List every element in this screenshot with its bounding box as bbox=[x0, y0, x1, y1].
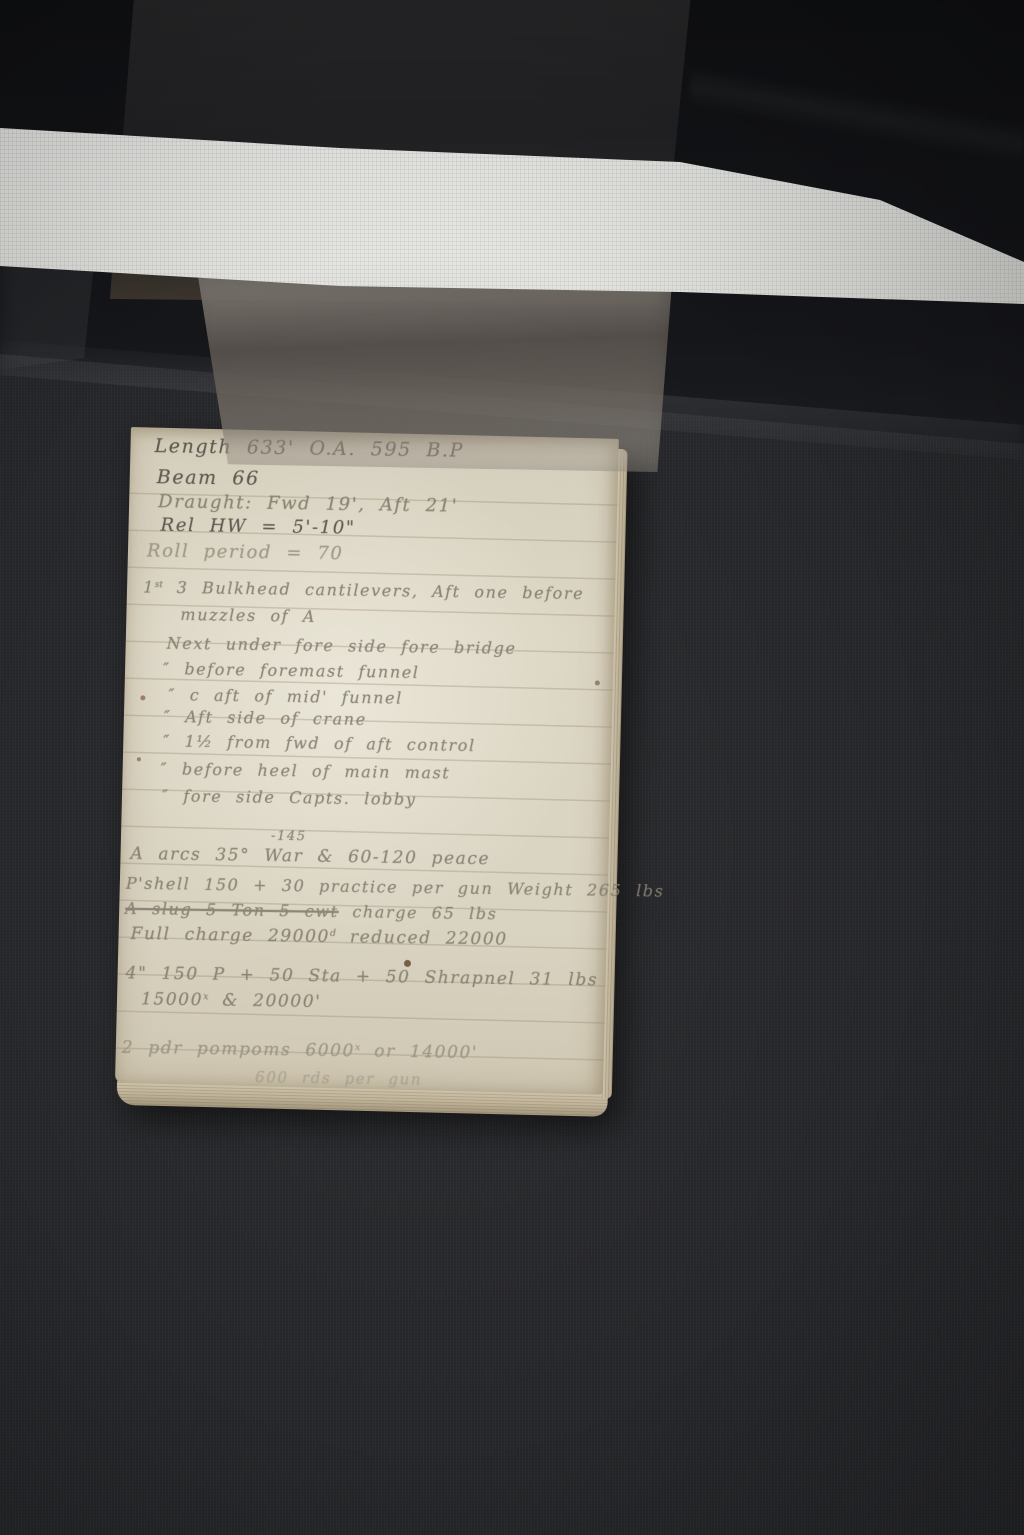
photo-scene: Length 633' O.A. 595 B.PBeam 66Draught: … bbox=[0, 0, 1024, 1535]
vignette bbox=[0, 0, 1024, 1535]
